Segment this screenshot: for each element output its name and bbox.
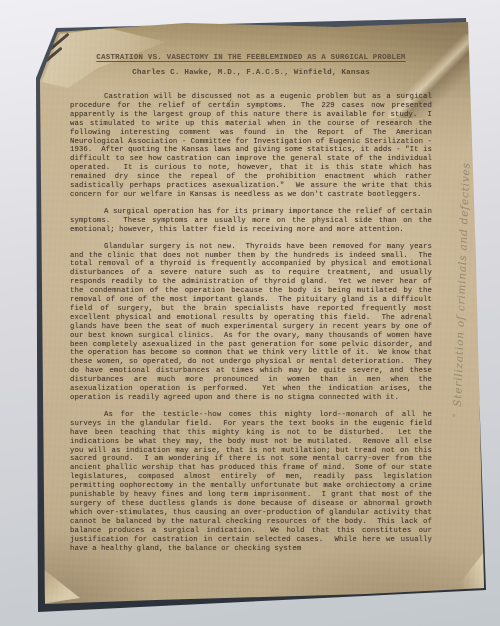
margin-note-text: Sterilization of criminals and defective… (452, 162, 473, 407)
paragraph-3: Glandular surgery is not new. Thyroids h… (70, 243, 432, 403)
typed-content: CASTRATION VS. VASECTOMY IN THE FEEBLEMI… (70, 54, 432, 561)
paper-sheet: CASTRATION VS. VASECTOMY IN THE FEEBLEMI… (36, 20, 488, 612)
margin-note-handwriting: °Sterilization of criminals and defectiv… (450, 104, 479, 476)
byline: Charles C. Hawke, M.D., F.A.C.S., Winfie… (70, 69, 432, 77)
paragraph-2: A surgical operation has for its primary… (70, 208, 432, 235)
page-title: CASTRATION VS. VASECTOMY IN THE FEEBLEMI… (70, 54, 432, 62)
photo-background: CASTRATION VS. VASECTOMY IN THE FEEBLEMI… (0, 0, 500, 626)
margin-note-mark: ° (452, 413, 461, 418)
paragraph-4: As for the testicle--how comes this migh… (70, 411, 432, 554)
paragraph-1: Castration will be discussed not as a eu… (70, 93, 432, 200)
pencil-checkmark: ✓ (225, 98, 234, 109)
body-text: Castration will be discussed not as a eu… (70, 93, 432, 553)
